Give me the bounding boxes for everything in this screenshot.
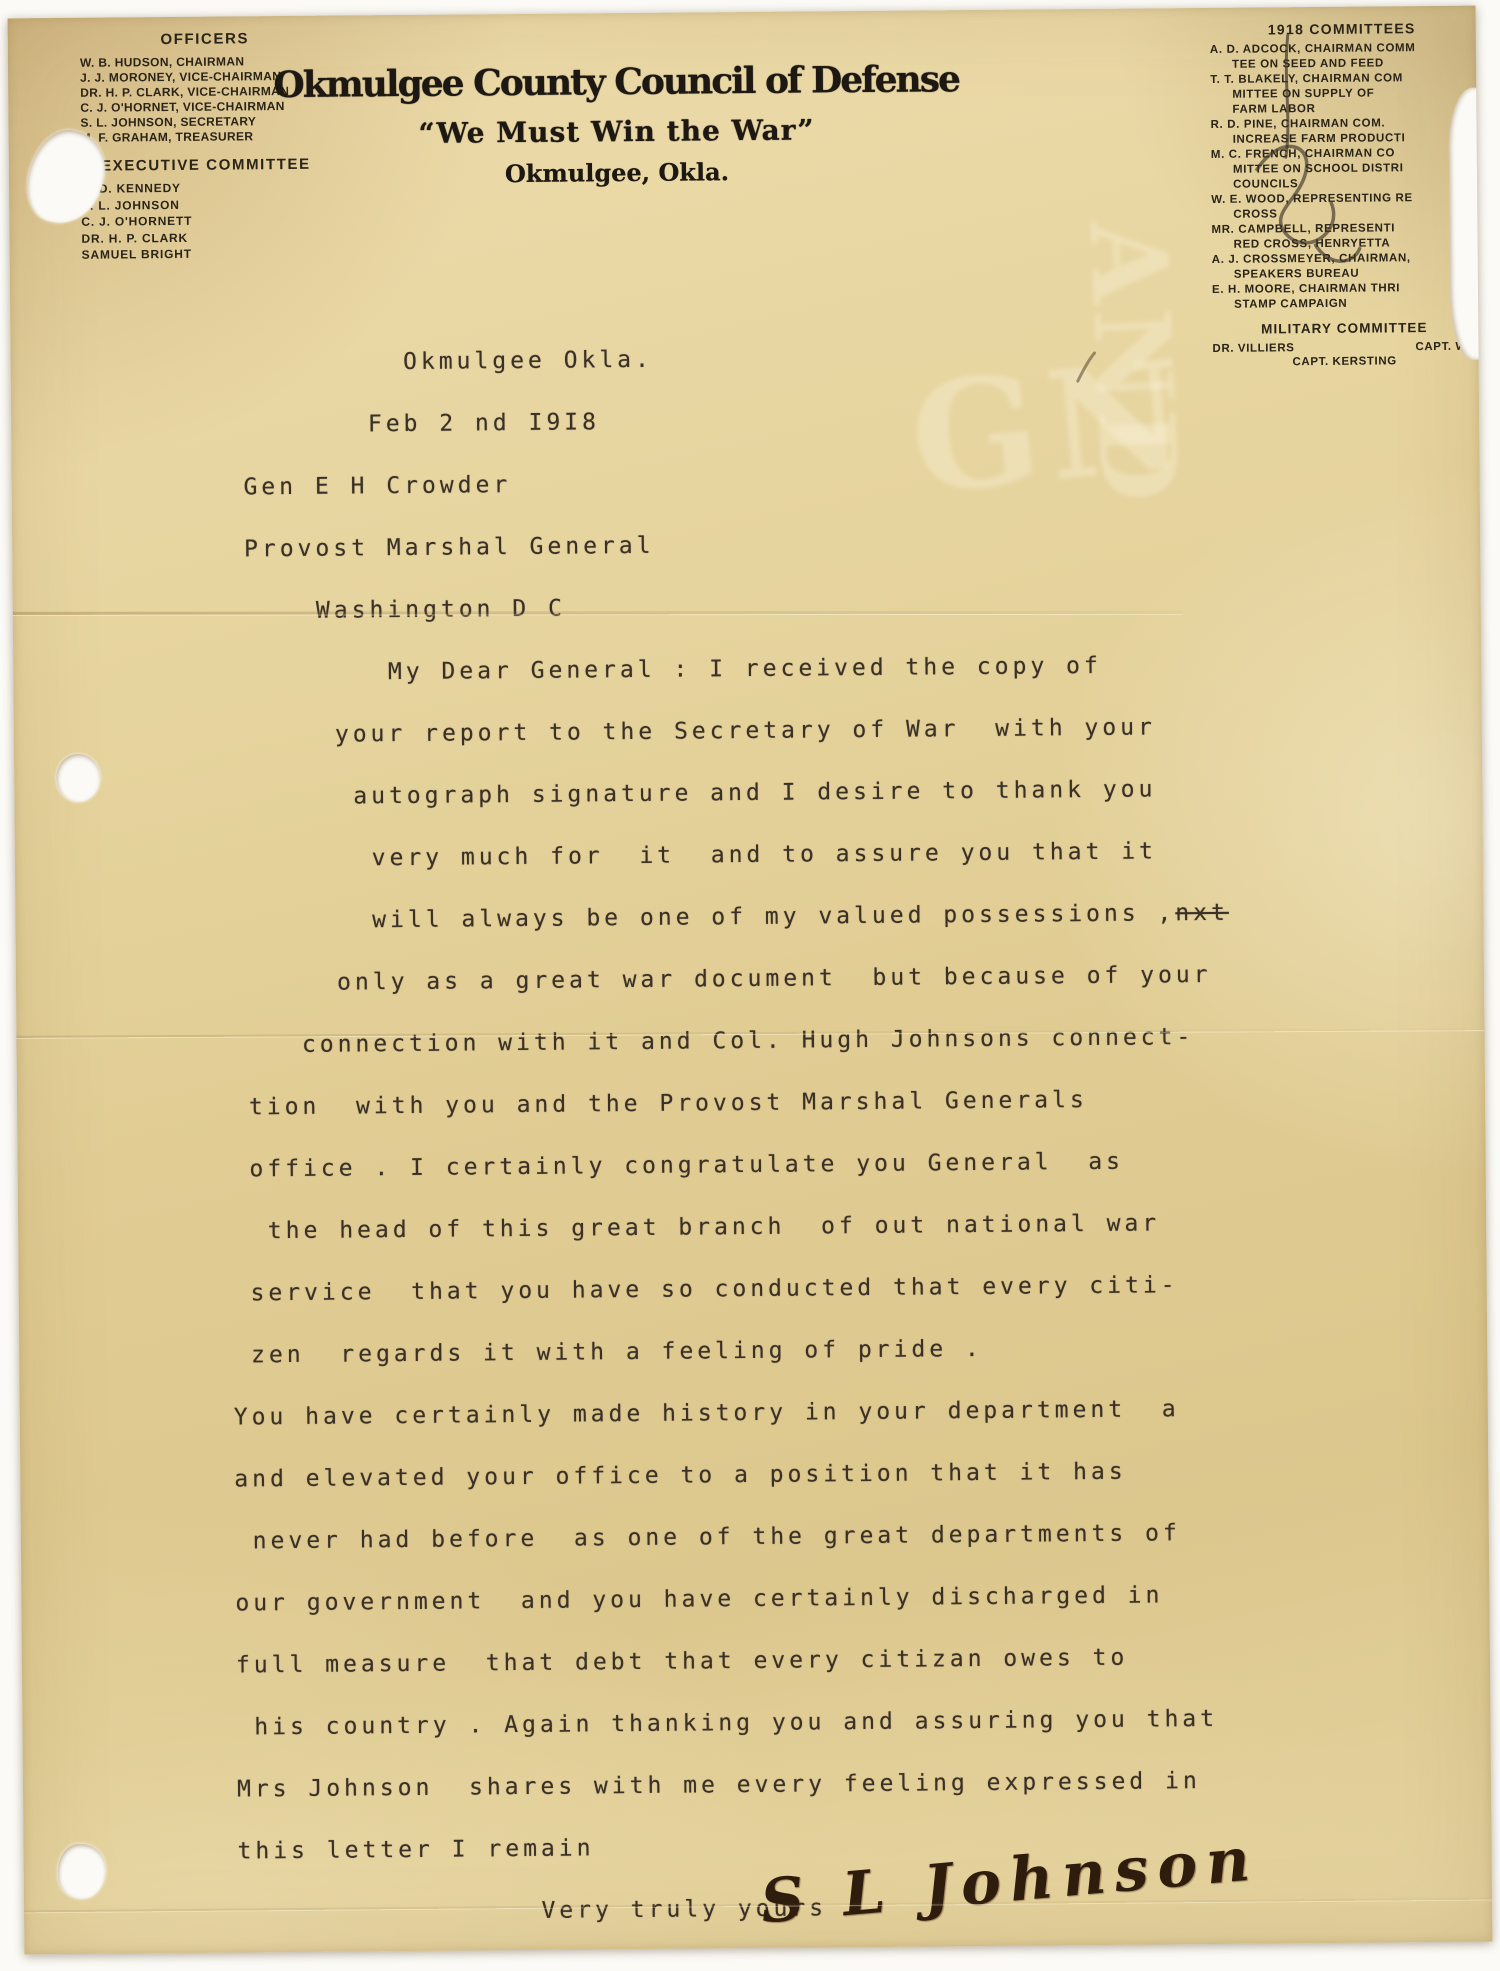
- executive-member: SAMUEL BRIGHT: [82, 245, 332, 264]
- letter-line: autograph signature and I desire to than…: [228, 758, 1228, 829]
- letter-line: zen regards it with a feeling of pride .: [233, 1316, 1233, 1387]
- letter-line: office . I certainly congratulate you Ge…: [231, 1130, 1231, 1201]
- committee-entry: T. T. BLAKELY, CHAIRMAN COM MITTEE ON SU…: [1210, 71, 1474, 118]
- letter-paper: GN AND OFFICERS W. B. HUDSON, CHAIRMAN J…: [8, 6, 1493, 1955]
- letter-line: never had before as one of the great dep…: [235, 1502, 1235, 1573]
- letter-line: Mrs Johnson shares with me every feeling…: [237, 1750, 1237, 1821]
- punch-hole: [56, 754, 100, 802]
- letter-line: My Dear General : I received the copy of: [227, 634, 1227, 705]
- letter-line: very much for it and to assure you that …: [229, 820, 1229, 891]
- city-line: Okmulgee, Okla.: [261, 155, 973, 190]
- letter-line: service that you have so conducted that …: [232, 1254, 1232, 1325]
- committee-line: STAMP CAMPAIGN: [1212, 296, 1476, 313]
- letter-line: Provost Marshal General: [226, 510, 1226, 581]
- letter-body: Okmulgee Okla. Feb 2 nd I9I8 Gen E H Cro…: [224, 324, 1237, 1945]
- letter-line: your report to the Secretary of War with…: [228, 696, 1228, 767]
- letterhead-committees: 1918 COMMITTEES A. D. ADCOCK, CHAIRMAN C…: [1210, 20, 1477, 370]
- letter-line: his country . Again thanking you and ass…: [236, 1688, 1236, 1759]
- committee-entry: A. J. CROSSMEYER, CHAIRMAN, SPEAKERS BUR…: [1212, 251, 1476, 283]
- letter-line: will always be one of my valued possessi…: [229, 882, 1229, 953]
- committee-entry: A. D. ADCOCK, CHAIRMAN COMM TEE ON SEED …: [1210, 41, 1474, 73]
- military-committee: MILITARY COMMITTEE DR. VILLIERS CAPT. WO…: [1212, 320, 1476, 370]
- torn-edge: [1448, 88, 1490, 360]
- letter-line: the head of this great branch of out nat…: [232, 1192, 1232, 1263]
- letter-line: Washington D C: [226, 572, 1226, 643]
- officers-title: OFFICERS: [80, 30, 330, 49]
- letter-line: You have certainly made history in your …: [234, 1378, 1234, 1449]
- letter-line: Feb 2 nd I9I8: [225, 386, 1225, 457]
- committee-entry: MR. CAMPBELL, REPRESENTI RED CROSS, HENR…: [1211, 221, 1475, 253]
- organization-name: Okmulgee County Council of Defense: [260, 58, 972, 106]
- letter-line: and elevated your office to a position t…: [234, 1440, 1234, 1511]
- letter-line: tion with you and the Provost Marshal Ge…: [231, 1068, 1231, 1139]
- committee-entry: R. D. PINE, CHAIRMAN COM. INCREASE FARM …: [1210, 116, 1474, 148]
- scan-background: GN AND OFFICERS W. B. HUDSON, CHAIRMAN J…: [0, 0, 1500, 1971]
- committee-entry: W. E. WOOD, REPRESENTING RE CROSS: [1211, 191, 1475, 223]
- military-member: CAPT. KERSTING: [1213, 354, 1477, 370]
- letter-line: only as a great war document but because…: [230, 944, 1230, 1015]
- letterhead-masthead: Okmulgee County Council of Defense “We M…: [260, 58, 973, 190]
- committee-entry: E. H. MOORE, CHAIRMAN THRI STAMP CAMPAIG…: [1212, 281, 1476, 313]
- letter-line: connection with it and Col. Hugh Johnson…: [230, 1006, 1230, 1077]
- committee-entry: M. C. FRENCH, CHAIRMAN CO MITTEE ON SCHO…: [1211, 146, 1475, 193]
- letter-line: our government and you have certainly di…: [235, 1564, 1235, 1635]
- letter-line: full measure that debt that every citiza…: [236, 1626, 1236, 1697]
- slogan: “We Must Win the War”: [260, 112, 972, 151]
- punch-hole: [58, 1844, 106, 1899]
- military-member: DR. VILLIERS: [1212, 341, 1294, 356]
- letter-line: Okmulgee Okla.: [224, 324, 1224, 395]
- committees-title: 1918 COMMITTEES: [1210, 20, 1474, 38]
- letter-line: Gen E H Crowder: [225, 448, 1225, 519]
- military-committee-row: DR. VILLIERS CAPT. WO: [1212, 340, 1476, 356]
- military-committee-title: MILITARY COMMITTEE: [1212, 320, 1476, 337]
